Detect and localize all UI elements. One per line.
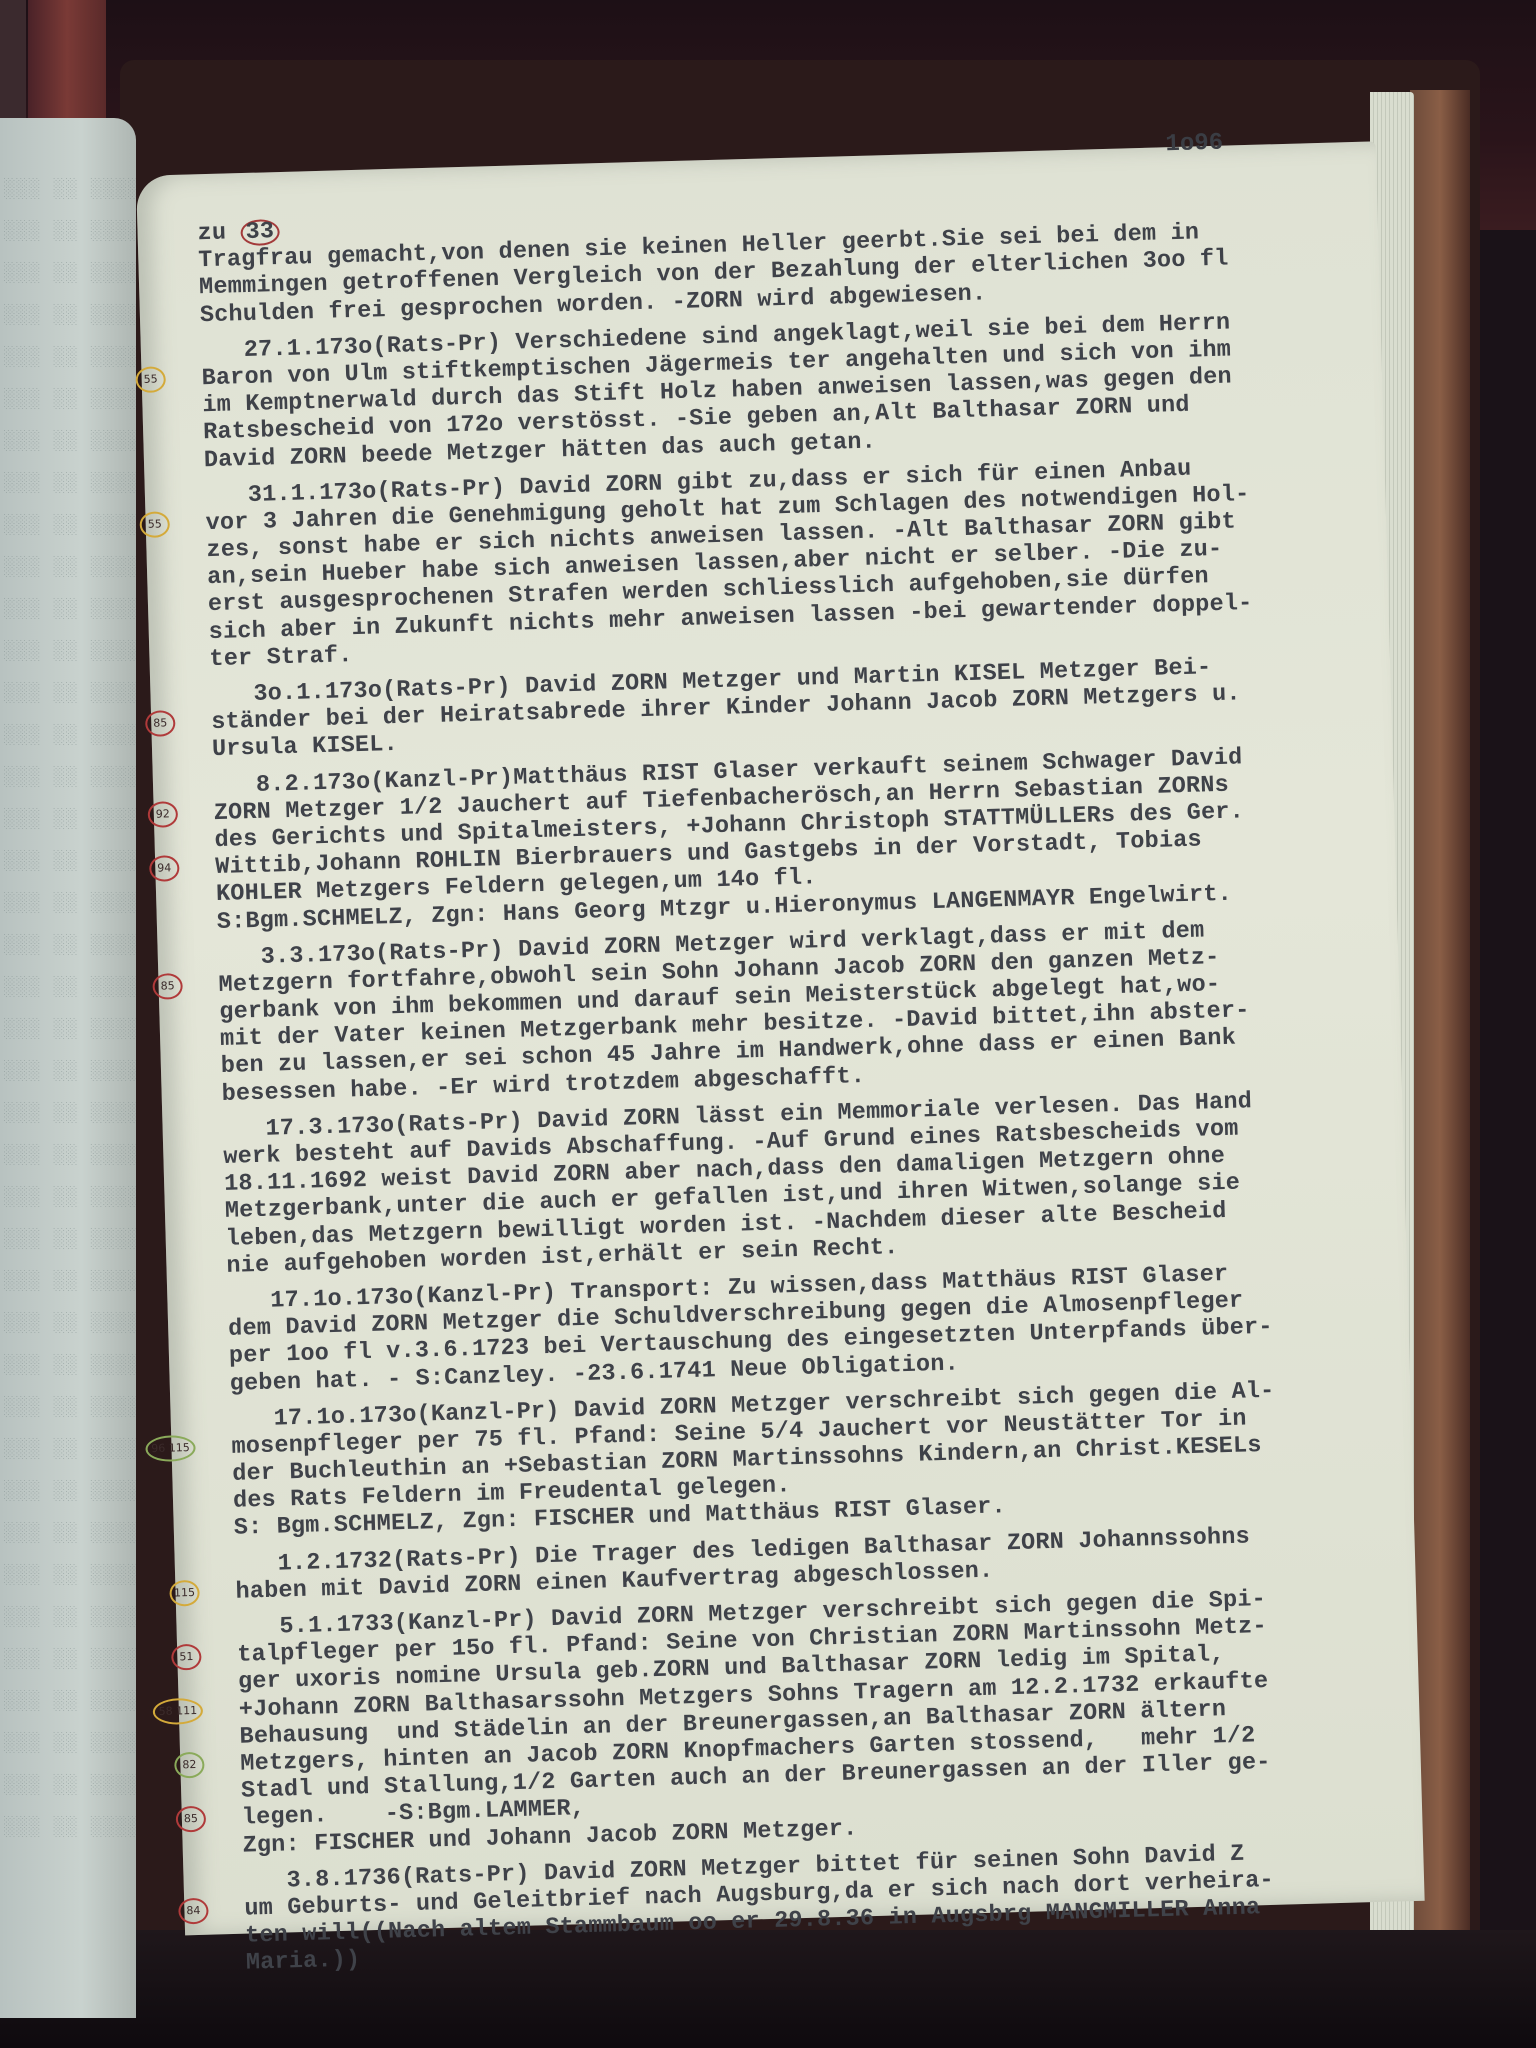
left-page-ghost-text: ░░░ ░░ ░░░░ xyxy=(4,262,136,284)
page-number: 1o96 xyxy=(1165,130,1223,159)
right-page: 1o96 zu 33 Tragfrau gemacht,von denen si… xyxy=(136,141,1425,1935)
left-page-ghost-text: ░░░ ░░ ░░░░ xyxy=(4,556,136,578)
margin-annotation: 82 xyxy=(174,1752,205,1779)
margin-annotation: 96 115 xyxy=(145,1435,196,1462)
left-page-ghost-text: ░░░ ░░ ░░░░ xyxy=(4,388,136,410)
left-page-ghost-text: ░░░ ░░ ░░░░ xyxy=(4,598,136,620)
book-cover-edge xyxy=(1410,90,1470,1960)
margin-annotation: 85 xyxy=(145,711,176,738)
left-page-ghost-text: ░░░ ░░ ░░░░ xyxy=(4,1270,136,1292)
margin-annotation: 94 xyxy=(149,855,180,882)
circled-reference-number: 33 xyxy=(240,219,279,246)
left-page-ghost-text: ░░░ ░░ ░░░░ xyxy=(4,514,136,536)
left-page-ghost-text: ░░░ ░░ ░░░░ xyxy=(4,472,136,494)
left-page-ghost-text: ░░░ ░░ ░░░░ xyxy=(4,1690,136,1712)
left-page-ghost-text: ░░░ ░░ ░░░░ xyxy=(4,1732,136,1754)
left-page-ghost-text: ░░░ ░░ ░░░░ xyxy=(4,1186,136,1208)
left-page-ghost-text: ░░░ ░░ ░░░░ xyxy=(4,682,136,704)
entry: 17.3.173o(Rats-Pr) David ZORN lässt ein … xyxy=(222,1085,1356,1280)
left-page: ░░░ ░░ ░░░░░░░ ░░ ░░░░░░░ ░░ ░░░░░░░ ░░ … xyxy=(0,118,136,2018)
left-page-ghost-text: ░░░ ░░ ░░░░ xyxy=(4,1606,136,1628)
left-page-ghost-text: ░░░ ░░ ░░░░ xyxy=(4,934,136,956)
margin-annotation: 51 xyxy=(171,1644,202,1671)
left-page-ghost-text: ░░░ ░░ ░░░░ xyxy=(4,430,136,452)
margin-annotation: 85 xyxy=(152,973,183,1000)
left-page-ghost-text: ░░░ ░░ ░░░░ xyxy=(4,346,136,368)
left-page-ghost-text: ░░░ ░░ ░░░░ xyxy=(4,304,136,326)
left-page-ghost-text: ░░░ ░░ ░░░░ xyxy=(4,1816,136,1838)
left-page-ghost-text: ░░░ ░░ ░░░░ xyxy=(4,850,136,872)
left-page-ghost-text: ░░░ ░░ ░░░░ xyxy=(4,808,136,830)
left-page-ghost-text: ░░░ ░░ ░░░░ xyxy=(4,976,136,998)
left-page-ghost-text: ░░░ ░░ ░░░░ xyxy=(4,1522,136,1544)
left-page-ghost-text: ░░░ ░░ ░░░░ xyxy=(4,892,136,914)
left-page-ghost-text: ░░░ ░░ ░░░░ xyxy=(4,766,136,788)
page-body: zu 33 Tragfrau gemacht,von denen sie kei… xyxy=(197,189,1376,1977)
margin-annotation: 58 111 xyxy=(153,1698,204,1725)
left-page-ghost-text: ░░░ ░░ ░░░░ xyxy=(4,1228,136,1250)
left-page-ghost-text: ░░░ ░░ ░░░░ xyxy=(4,178,136,200)
left-page-ghost-text: ░░░ ░░ ░░░░ xyxy=(4,1102,136,1124)
left-page-ghost-text: ░░░ ░░ ░░░░ xyxy=(4,640,136,662)
margin-annotation: 115 xyxy=(169,1580,200,1607)
margin-annotation: 55 xyxy=(139,511,170,538)
left-page-ghost-text: ░░░ ░░ ░░░░ xyxy=(4,1438,136,1460)
margin-annotation: 85 xyxy=(176,1805,207,1832)
margin-annotation: 84 xyxy=(178,1897,209,1924)
left-page-ghost-text: ░░░ ░░ ░░░░ xyxy=(4,1354,136,1376)
entry: 8.2.173o(Kanzl-Pr)Matthäus RIST Glaser v… xyxy=(213,741,1347,936)
left-page-ghost-text: ░░░ ░░ ░░░░ xyxy=(4,1648,136,1670)
entry: 3.3.173o(Rats-Pr) David ZORN Metzger wir… xyxy=(217,913,1351,1108)
entry: 5.1.1733(Kanzl-Pr) David ZORN Metzger ve… xyxy=(236,1583,1372,1859)
left-page-ghost-text: ░░░ ░░ ░░░░ xyxy=(4,1060,136,1082)
left-page-ghost-text: ░░░ ░░ ░░░░ xyxy=(4,1774,136,1796)
left-page-ghost-text: ░░░ ░░ ░░░░ xyxy=(4,1396,136,1418)
left-page-ghost-text: ░░░ ░░ ░░░░ xyxy=(4,220,136,242)
left-page-ghost-text: ░░░ ░░ ░░░░ xyxy=(4,1564,136,1586)
left-page-ghost-text: ░░░ ░░ ░░░░ xyxy=(4,1312,136,1334)
left-page-ghost-text: ░░░ ░░ ░░░░ xyxy=(4,1144,136,1166)
left-page-ghost-text: ░░░ ░░ ░░░░ xyxy=(4,724,136,746)
margin-annotation: 92 xyxy=(147,801,178,828)
left-page-ghost-text: ░░░ ░░ ░░░░ xyxy=(4,1480,136,1502)
entry: 31.1.173o(Rats-Pr) David ZORN gibt zu,da… xyxy=(205,451,1340,673)
left-page-ghost-text: ░░░ ░░ ░░░░ xyxy=(4,1018,136,1040)
margin-annotation: 55 xyxy=(135,366,166,393)
